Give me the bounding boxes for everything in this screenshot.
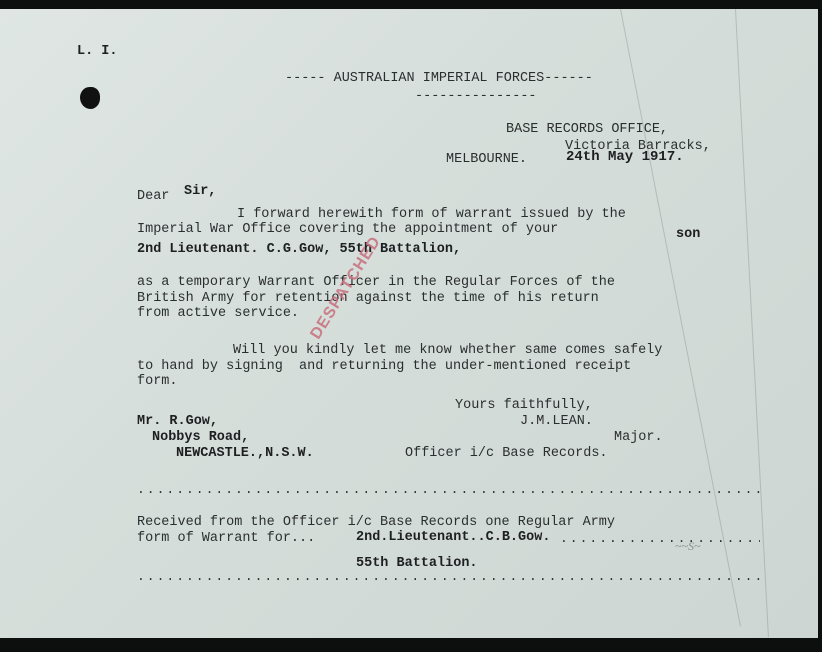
paragraph-2-line-2: British Army for retention against the t…	[137, 291, 599, 306]
salutation-prefix: Dear	[137, 189, 169, 204]
closing: Yours faithfully,	[455, 398, 593, 413]
addressee-street: Nobbys Road,	[152, 430, 249, 445]
paragraph-1-line-1: I forward herewith form of warrant issue…	[237, 207, 626, 222]
paragraph-3-line-3: form.	[137, 374, 178, 389]
paragraph-1-line-2: Imperial War Office covering the appoint…	[137, 222, 558, 237]
reference-mark: L. I.	[77, 44, 118, 59]
signatory-title: Officer i/c Base Records.	[405, 446, 608, 461]
paragraph-2-line-3: from active service.	[137, 306, 299, 321]
signature-scribble: ~~S~	[675, 539, 700, 554]
city: MELBOURNE.	[446, 152, 527, 167]
paragraph-3-line-1: Will you kindly let me know whether same…	[233, 343, 662, 358]
tear-line-top: ........................................…	[137, 482, 765, 497]
letter-date: 24th May 1917.	[566, 150, 684, 165]
punch-hole	[80, 87, 100, 109]
office-name: BASE RECORDS OFFICE,	[506, 122, 668, 137]
paragraph-2-line-1: as a temporary Warrant Officer in the Re…	[137, 275, 615, 290]
signatory-name: J.M.LEAN.	[520, 414, 593, 429]
signatory-rank: Major.	[614, 430, 663, 445]
addressee-city: NEWCASTLE.,N.S.W.	[176, 446, 314, 461]
addressee-name: Mr. R.Gow,	[137, 414, 218, 429]
receipt-officer-name: 2nd.Lieutenant..C.B.Gow.	[356, 530, 550, 545]
letter-page: L. I. ----- AUSTRALIAN IMPERIAL FORCES--…	[0, 9, 818, 638]
relation-insert: son	[676, 227, 700, 242]
salutation-name: Sir,	[184, 184, 216, 199]
paragraph-3-line-2: to hand by signing and returning the und…	[137, 359, 631, 374]
letterhead-underline: ---------------	[415, 89, 537, 104]
tear-line-bottom: ........................................…	[137, 569, 765, 584]
receipt-line-2-prefix: form of Warrant for...	[137, 531, 315, 546]
receipt-line-1: Received from the Officer i/c Base Recor…	[137, 515, 615, 530]
letterhead-title: ----- AUSTRALIAN IMPERIAL FORCES------	[285, 71, 593, 86]
receipt-signature-dots: ........................................…	[560, 531, 760, 546]
officer-name: 2nd Lieutenant. C.G.Gow, 55th Battalion,	[137, 242, 461, 257]
